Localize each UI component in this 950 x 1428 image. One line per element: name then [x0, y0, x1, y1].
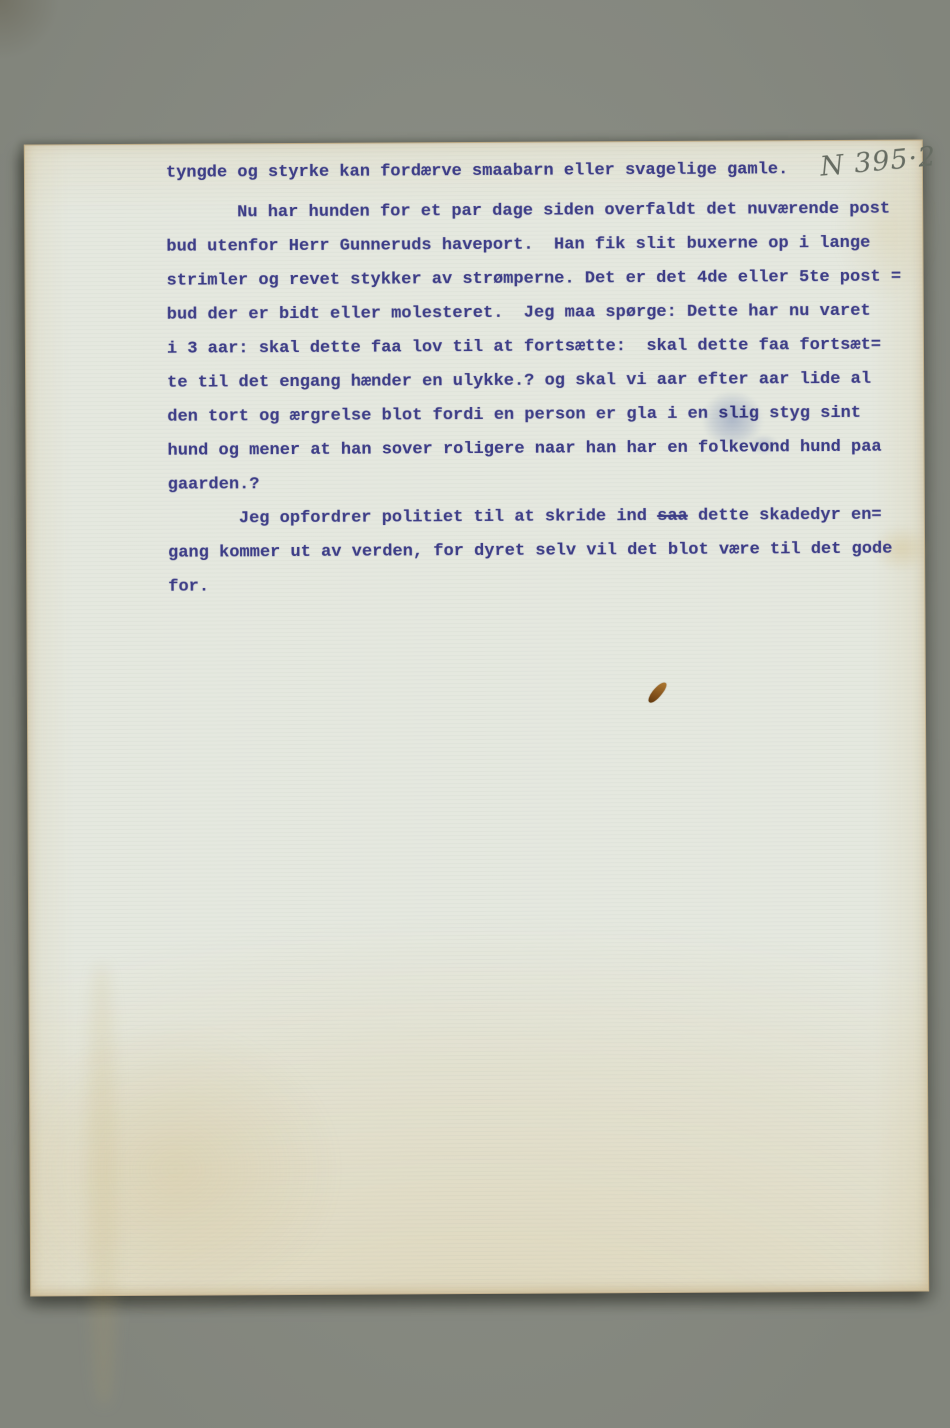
typed-line-11-before: Jeg opfordrer politiet til at skride ind: [239, 507, 657, 528]
typed-line-11: Jeg opfordrer politiet til at skride ind…: [168, 498, 938, 536]
typed-line-11-after: dette skadedyr en=: [688, 506, 882, 526]
typed-text-block: tyngde og styrke kan fordærve smaabarn e…: [166, 152, 938, 604]
typed-line-4: strimler og revet stykker av strømperne.…: [166, 260, 936, 298]
typed-line-1: tyngde og styrke kan fordærve smaabarn e…: [166, 152, 936, 190]
typed-line-6: i 3 aar: skal dette faa lov til at forts…: [167, 328, 937, 366]
typed-line-12: gang kommer ut av verden, for dyret selv…: [168, 532, 938, 570]
typed-line-5: bud der er bidt eller molesteret. Jeg ma…: [167, 294, 937, 332]
typed-line-7: te til det engang hænder en ulykke.? og …: [167, 362, 937, 400]
struck-word: saa: [657, 507, 688, 526]
typed-line-8: den tort og ærgrelse blot fordi en perso…: [167, 396, 937, 434]
typed-line-9: hund og mener at han sover roligere naar…: [167, 430, 937, 468]
aging-stain-bottom-left: [10, 1024, 342, 1316]
scan-background: { "colors": { "background": "#898c83", "…: [0, 0, 950, 1428]
typed-line-13: for.: [168, 566, 938, 604]
typed-line-2: Nu har hunden for et par dage siden over…: [166, 192, 936, 230]
typed-line-3: bud utenfor Herr Gunneruds haveport. Han…: [166, 226, 936, 264]
paper-fleck-debris: [646, 680, 668, 705]
aging-streak-left: [87, 965, 117, 1405]
typed-line-10: gaarden.?: [168, 464, 938, 502]
paper-sheet: N 395·2 tyngde og styrke kan fordærve sm…: [24, 139, 929, 1296]
